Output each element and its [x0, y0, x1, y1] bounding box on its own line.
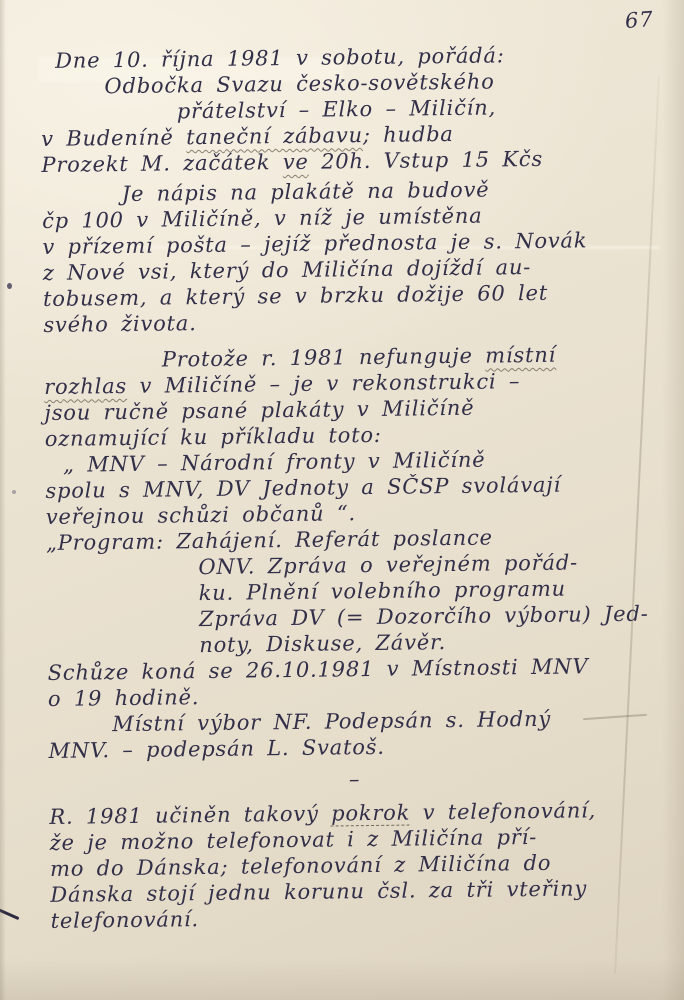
line-text: Prozekt M. začátek: [41, 150, 283, 177]
underlined-word: taneční zábavu: [186, 123, 363, 149]
line-text: v Miličíně – je v rekonstrukci –: [127, 369, 520, 398]
line-text: v telefonování,: [410, 798, 596, 824]
handwritten-text: Dne 10. října 1981 v sobotu, pořádá: Odb…: [40, 40, 681, 934]
photo-edge-shadow: [0, 958, 684, 1000]
underlined-word: rozhlas: [44, 374, 127, 399]
ink-dot: [12, 490, 16, 494]
line-text: ; hudba: [363, 122, 454, 147]
line-text: Protože r. 1981 nefunguje: [162, 344, 486, 372]
chronicle-page-photo: 67 Dne 10. října 1981 v sobotu, pořádá: …: [0, 0, 684, 1000]
ink-dot: [7, 283, 12, 289]
underlined-word: ve: [283, 150, 309, 174]
line-text: 20h. Vstup 15 Kčs: [308, 147, 543, 174]
underlined-word: místní: [485, 343, 556, 368]
photo-edge-shadow: [0, 0, 6, 1000]
page-number: 67: [624, 7, 654, 33]
photo-edge-shadow: [662, 0, 684, 1000]
underlined-word: pokrok: [331, 801, 410, 826]
line-text: R. 1981 učiněn takový: [49, 802, 331, 829]
line-text: v Budeníně: [41, 125, 186, 151]
section-divider-dash: –: [349, 762, 679, 792]
